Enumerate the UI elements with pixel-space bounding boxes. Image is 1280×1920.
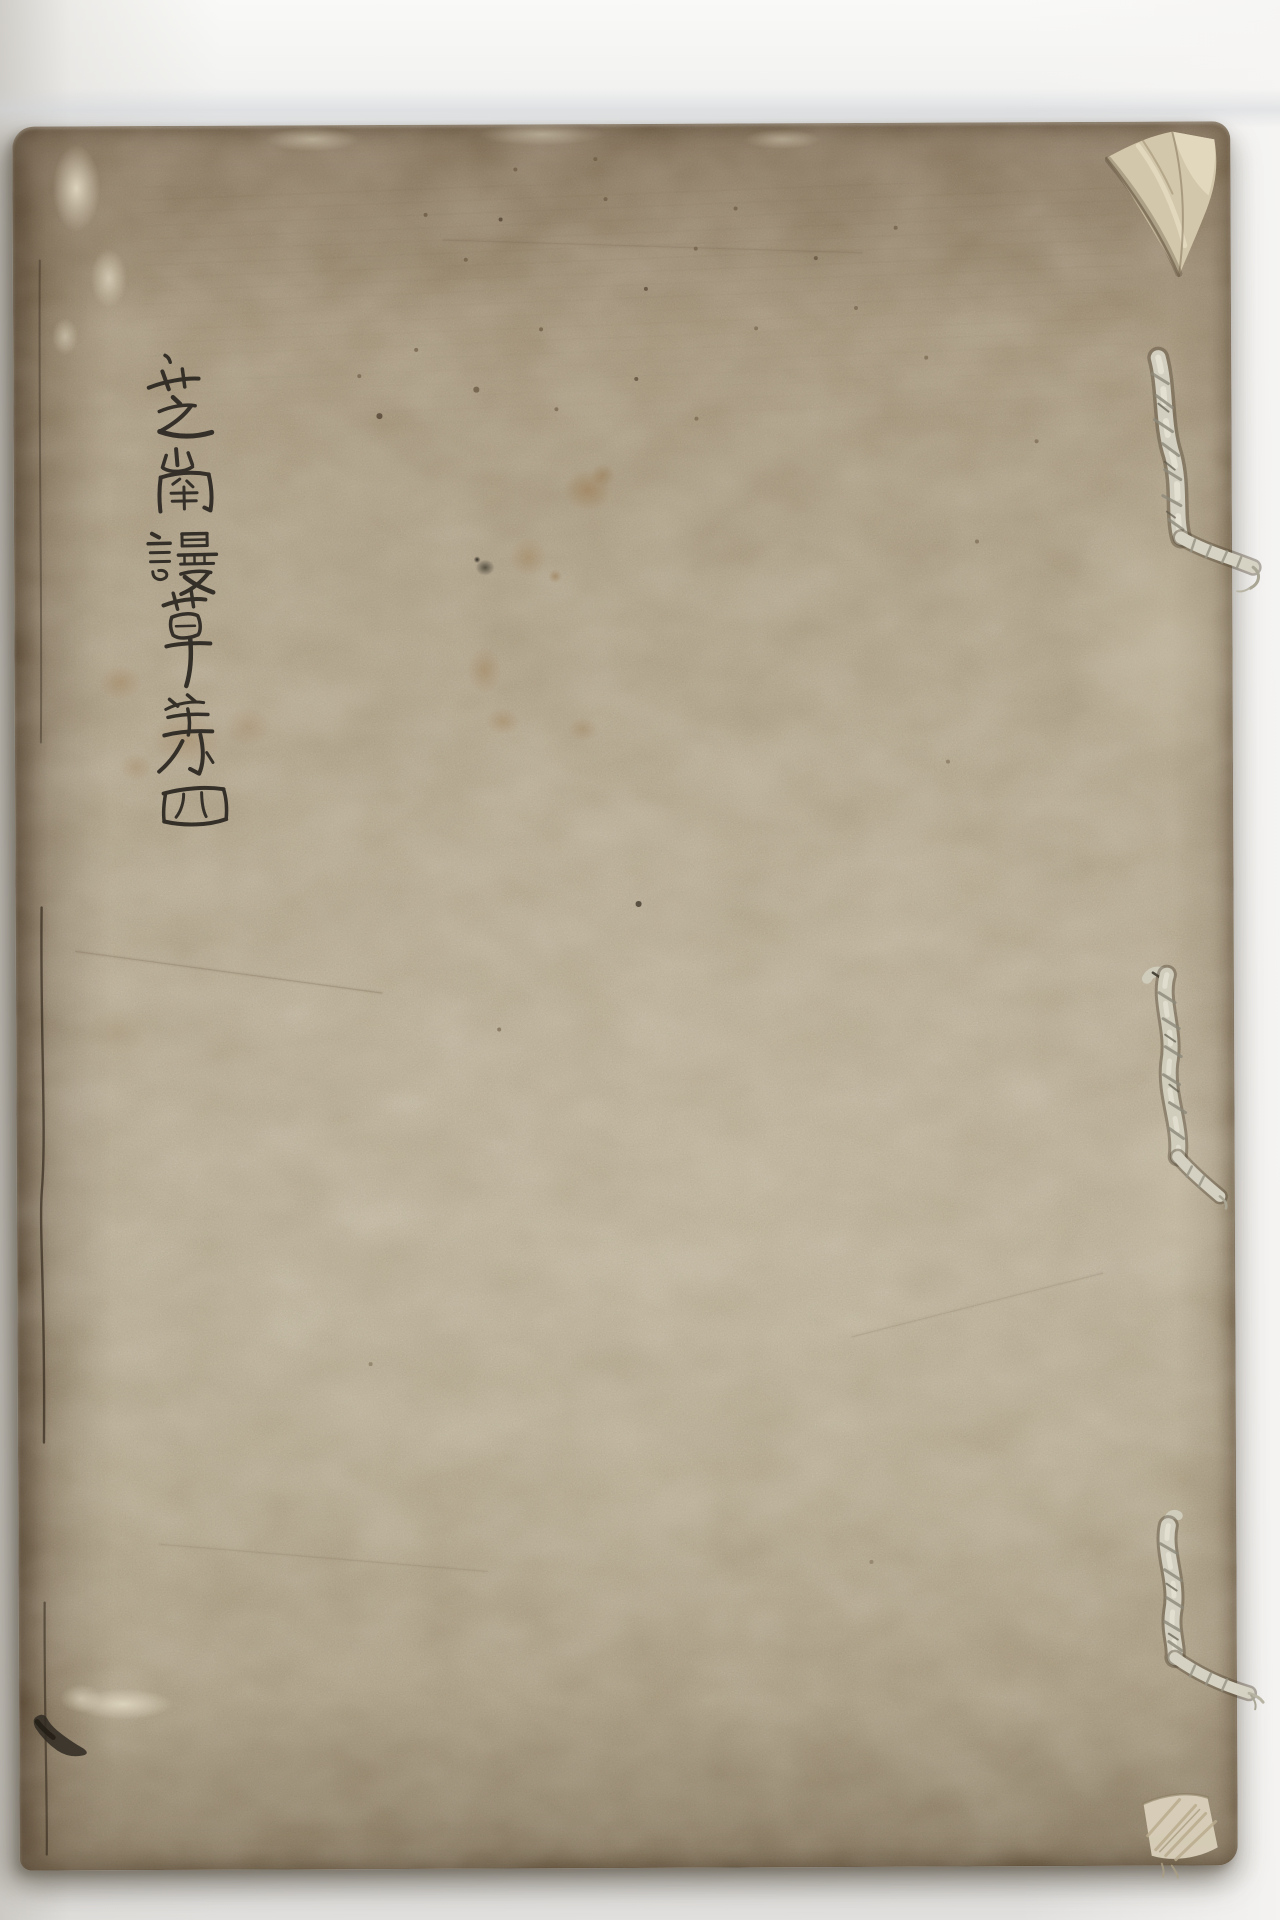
binding-tie-lower: [1138, 1509, 1269, 1720]
title-char-3: [148, 532, 217, 594]
binding-tie-upper: [1128, 343, 1269, 594]
book-cover: 芝崗謾草第四: [12, 121, 1238, 1870]
title-char-4: [163, 590, 211, 686]
corner-fold-bottom-right: [1131, 1773, 1241, 1883]
photo-scene: 芝崗謾草第四: [0, 0, 1280, 1920]
title-char-2: [158, 448, 211, 511]
title-char-1: [148, 368, 211, 437]
foxing-specks: [12, 127, 14, 129]
title-calligraphy: [134, 342, 245, 844]
binding-tie-middle: [1139, 964, 1250, 1214]
cover-paper-surface: 芝崗謾草第四: [12, 121, 1238, 1870]
title-char-5: [157, 694, 213, 774]
title-char-6: [163, 787, 227, 825]
corner-fold-top-right: [1098, 123, 1229, 294]
title-dot: [165, 355, 170, 362]
ink-smudge: [27, 1711, 97, 1781]
